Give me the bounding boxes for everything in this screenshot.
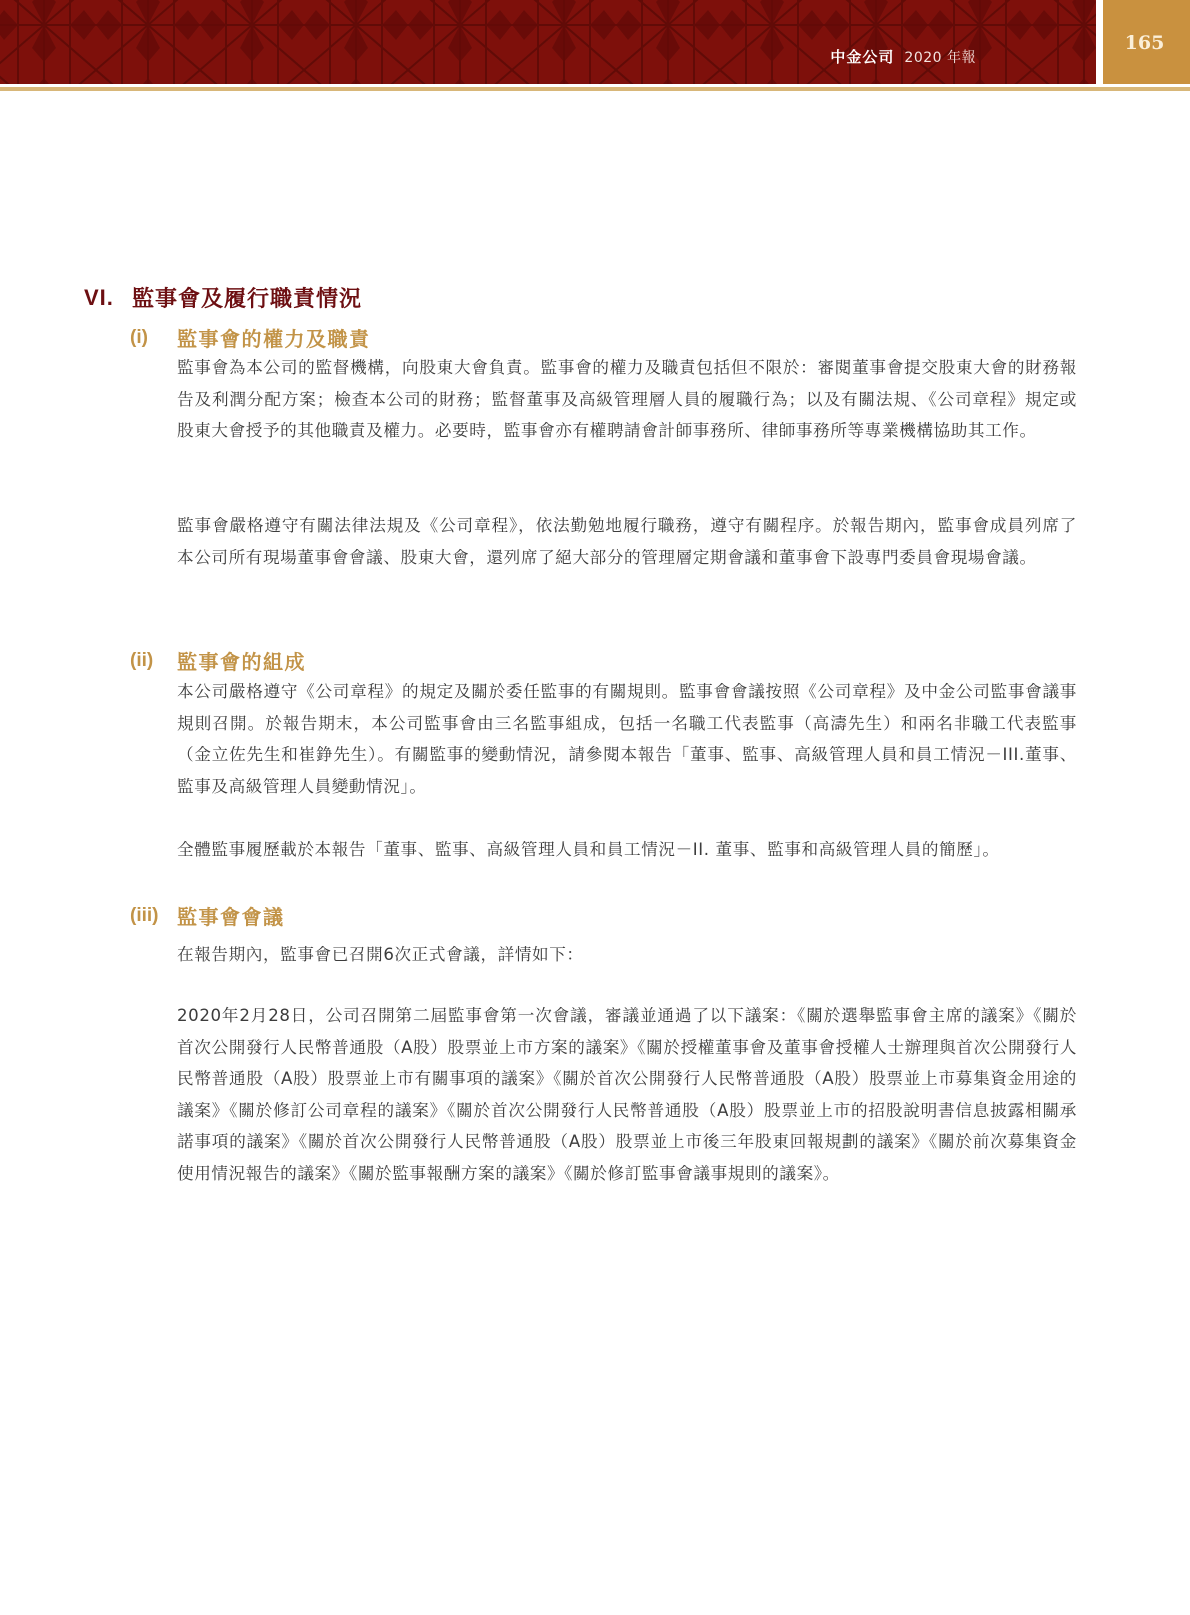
report-title: 中金公司 2020 年報 — [830, 46, 976, 67]
subsection-title: 監事會會議 — [177, 901, 285, 930]
paragraph: 監事會嚴格遵守有關法律法規及《公司章程》，依法勤勉地履行職務，遵守有關程序。於報… — [177, 510, 1077, 573]
page-number-box: 165 — [1103, 0, 1190, 84]
asanoha-pattern-icon — [0, 0, 1096, 84]
header-divider — [0, 87, 1190, 91]
page-header: 中金公司 2020 年報 165 — [0, 0, 1190, 92]
paragraph: 在報告期內，監事會已召開6次正式會議，詳情如下： — [177, 939, 1077, 971]
decorative-pattern-band: 中金公司 2020 年報 — [0, 0, 1096, 84]
paragraph: 本公司嚴格遵守《公司章程》的規定及關於委任監事的有關規則。監事會會議按照《公司章… — [177, 676, 1077, 802]
report-name: 2020 年報 — [904, 47, 976, 67]
paragraph: 全體監事履歷載於本報告「董事、監事、高級管理人員和員工情況－II. 董事、監事和… — [177, 834, 1077, 866]
company-name: 中金公司 — [830, 46, 894, 67]
page-number: 165 — [1125, 32, 1165, 54]
subsection-title: 監事會的權力及職責 — [177, 323, 371, 352]
section-number: VI. — [84, 285, 132, 311]
section-heading: VI. 監事會及履行職責情況 — [84, 282, 362, 313]
subsection-number: (iii) — [130, 905, 177, 927]
subsection-number: (i) — [130, 327, 177, 349]
subsection-heading: (ii) 監事會的組成 — [130, 646, 306, 675]
paragraph: 監事會為本公司的監督機構，向股東大會負責。監事會的權力及職責包括但不限於：審閱董… — [177, 352, 1077, 447]
subsection-heading: (i) 監事會的權力及職責 — [130, 323, 371, 352]
subsection-title: 監事會的組成 — [177, 646, 306, 675]
section-title: 監事會及履行職責情況 — [132, 282, 362, 313]
paragraph: 2020年2月28日，公司召開第二屆監事會第一次會議，審議並通過了以下議案：《關… — [177, 1000, 1077, 1189]
subsection-heading: (iii) 監事會會議 — [130, 901, 285, 930]
subsection-number: (ii) — [130, 650, 177, 672]
